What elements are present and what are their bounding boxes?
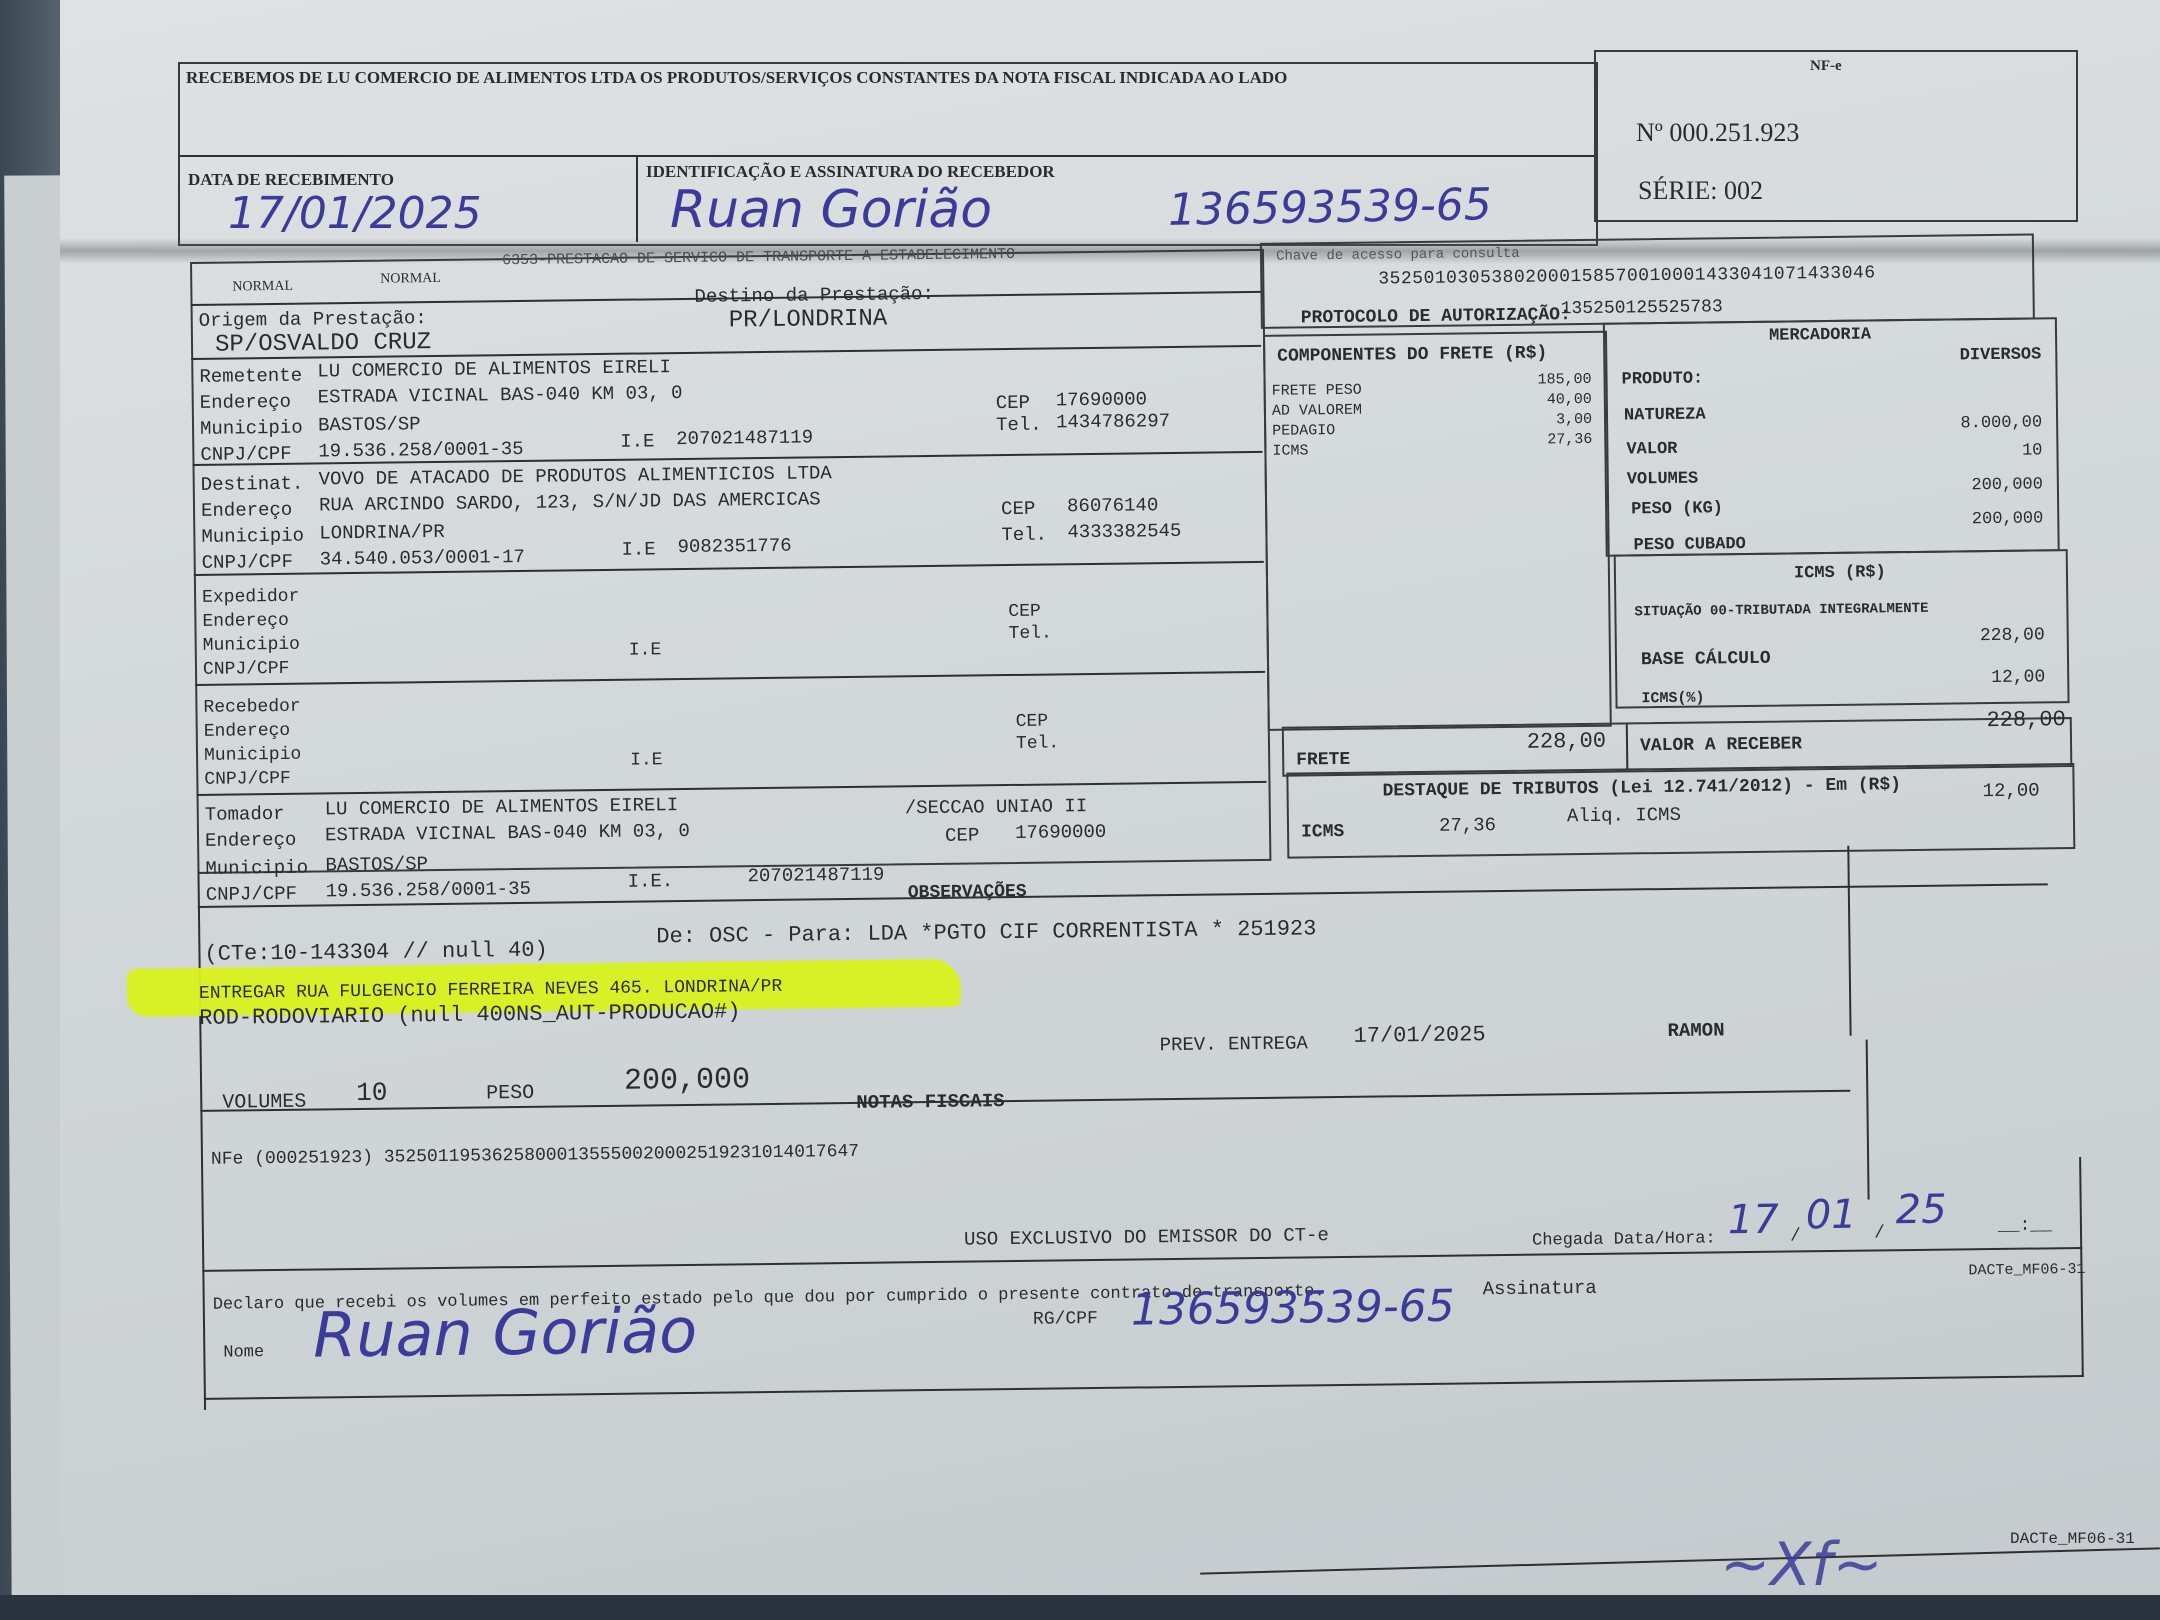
tomador-label: Tomador — [205, 803, 285, 826]
natureza-label: NATUREZA — [1624, 405, 1706, 425]
origem-value: SP/OSVALDO CRUZ — [215, 329, 431, 359]
frete-label: FRETE — [1296, 750, 1350, 771]
tomador-endereco-label: Endereço — [205, 829, 296, 852]
icms-aliq-label: ICMS(%) — [1641, 690, 1704, 708]
componente-label: PEDAGIO — [1272, 422, 1335, 440]
nota-fiscal-item: NFe (000251923) 352501195362580001355500… — [211, 1142, 859, 1170]
expedidor-cnpj-label: CNPJ/CPF — [203, 659, 290, 680]
recebedor-ie-label: I.E — [630, 750, 663, 770]
origem-label: Origem da Prestação: — [199, 307, 427, 332]
tributos-aliq-label: Aliq. ICMS — [1567, 804, 1681, 827]
tipo-cte: NORMAL — [232, 279, 293, 296]
expedidor-cep-label: CEP — [1008, 602, 1041, 622]
recebedor-municipio-label: Municipio — [204, 745, 301, 766]
componente-value: 27,36 — [1492, 431, 1592, 449]
remetente-label: Remetente — [199, 365, 302, 388]
remetente-tel-label: Tel. — [996, 414, 1042, 437]
tomador-cep: 17690000 — [1015, 821, 1106, 844]
destinatario-municipio-label: Municipio — [201, 525, 304, 548]
componente-value: 185,00 — [1491, 371, 1591, 389]
remetente-ie: 207021487119 — [676, 426, 813, 450]
form-code: DACTe_MF06-31 — [1968, 1261, 2085, 1279]
tomador-nome: LU COMERCIO DE ALIMENTOS EIRELI — [325, 794, 679, 820]
obs-line1-left: (CTe:10-143304 // null 40) — [204, 938, 548, 967]
frete-total-value: 228,00 — [1426, 729, 1606, 756]
prev-entrega-value: 17/01/2025 — [1353, 1022, 1485, 1049]
protocolo-label: PROTOCOLO DE AUTORIZAÇÃO: — [1301, 305, 1571, 328]
expedidor-municipio-label: Municipio — [203, 635, 300, 656]
underlying-signature-scribble: ~Xf~ — [1720, 1530, 1883, 1600]
destinatario-tel-label: Tel. — [1001, 524, 1047, 547]
tomador-ie-label: I.E. — [627, 870, 673, 893]
remetente-cep: 17690000 — [1056, 388, 1147, 411]
assinatura-label: Assinatura — [1483, 1277, 1597, 1300]
recebedor-endereco-label: Endereço — [204, 721, 291, 742]
tomador-endereco: ESTRADA VICINAL BAS-040 KM 03, 0 — [325, 820, 690, 846]
tomador-ie: 207021487119 — [747, 864, 884, 888]
destinatario-ie: 9082351776 — [677, 535, 791, 558]
componente-label: FRETE PESO — [1272, 382, 1362, 400]
protocolo-value: 135250125525783 — [1561, 297, 1723, 319]
rgcpf-value[interactable]: 136593539-65 — [1131, 1281, 1455, 1336]
destinatario-block: Destinat. VOVO DE ATACADO DE PRODUTOS AL… — [0, 0, 2157, 2]
destinatario-label: Destinat. — [201, 473, 304, 496]
destinatario-endereco-label: Endereço — [201, 499, 292, 522]
recebedor-label: Recebedor — [203, 697, 300, 718]
chave-label: Chave de acesso para consulta — [1276, 246, 1520, 265]
valor-receber-value: 228,00 — [1886, 707, 2066, 734]
icms-title: ICMS (R$) — [1794, 563, 1886, 583]
expedidor-tel-label: Tel. — [1009, 623, 1052, 644]
componente-label: AD VALOREM — [1272, 402, 1362, 420]
tipo-servico: NORMAL — [380, 271, 441, 288]
recebedor-block: Recebedor Endereço Municipio CNPJ/CPF I.… — [0, 0, 2157, 2]
produto-label: PRODUTO: — [1621, 370, 1703, 390]
observacoes-title: OBSERVAÇÕES — [908, 882, 1027, 903]
volumes-value: 10 — [1862, 441, 2042, 462]
componentes-title: COMPONENTES DO FRETE (R$) — [1277, 343, 1547, 366]
obs-line3: ROD-RODOVIARIO (null 400NS_AUT-PRODUCAO#… — [199, 999, 741, 1031]
remetente-municipio-label: Municipio — [200, 417, 303, 440]
tomador-cep-label: CEP — [945, 824, 979, 846]
expedidor-block: Expedidor Endereço Municipio CNPJ/CPF I.… — [0, 0, 2157, 2]
destinatario-municipio: LONDRINA/PR — [319, 521, 445, 545]
destino-value: PR/LONDRINA — [729, 305, 888, 334]
destinatario-cnpj: 34.540.053/0001-17 — [320, 546, 525, 571]
tomador-municipio: BASTOS/SP — [325, 853, 428, 876]
chegada-ano[interactable]: 25 — [1895, 1187, 1946, 1234]
peso-label: PESO (KG) — [1631, 499, 1723, 519]
destinatario-tel: 4333382545 — [1067, 520, 1181, 543]
base-calculo-value: 228,00 — [1865, 625, 2045, 647]
remetente-block: Remetente LU COMERCIO DE ALIMENTOS EIREL… — [0, 0, 2157, 2]
valor-receber-label: VALOR A RECEBER — [1640, 734, 1802, 756]
mercadoria-title: MERCADORIA — [1769, 325, 1871, 345]
produto-value: DIVERSOS — [1861, 345, 2041, 366]
remetente-endereco: ESTRADA VICINAL BAS-040 KM 03, 0 — [318, 382, 683, 408]
componentes-list: FRETE PESO 185,00 AD VALOREM 40,00 PEDAG… — [0, 0, 2157, 2]
valor-label: VALOR — [1626, 440, 1677, 460]
notas-fiscais-title: NOTAS FISCAIS — [856, 1090, 1004, 1114]
base-calculo-label: BASE CÁLCULO — [1641, 649, 1771, 671]
background-bottom — [0, 1595, 2160, 1620]
tomador-block: Tomador LU COMERCIO DE ALIMENTOS EIRELI … — [0, 0, 2157, 2]
remetente-municipio: BASTOS/SP — [318, 413, 421, 436]
tributos-icms-label: ICMS — [1301, 822, 1344, 843]
peso-cubado-value: 200,000 — [1863, 509, 2043, 530]
componente-value: 3,00 — [1492, 411, 1592, 429]
expedidor-label: Expedidor — [202, 587, 299, 608]
volumes-summary-value: 10 — [356, 1078, 388, 1108]
rgcpf-label: RG/CPF — [1033, 1309, 1098, 1330]
remetente-ie-label: I.E — [620, 430, 654, 452]
remetente-cep-label: CEP — [996, 392, 1030, 414]
recebedor-tel-label: Tel. — [1016, 733, 1059, 754]
recebedor-cnpj-label: CNPJ/CPF — [204, 769, 291, 790]
chegada-hora[interactable]: __:__ — [1998, 1215, 2052, 1236]
tomador-secao: /SECCAO UNIAO II — [905, 795, 1088, 819]
valor-value: 8.000,00 — [1862, 413, 2042, 434]
obs-line1-right: De: OSC - Para: LDA *PGTO CIF CORRENTIST… — [656, 916, 1316, 949]
destinatario-ie-label: I.E — [621, 538, 655, 560]
uso-exclusivo: USO EXCLUSIVO DO EMISSOR DO CT-e — [964, 1224, 1329, 1250]
remetente-cnpj: 19.536.258/0001-35 — [318, 438, 523, 463]
motorista-name: RAMON — [1667, 1019, 1724, 1042]
componente-label: ICMS — [1272, 442, 1308, 459]
form-code-underlying: DACTe_MF06-31 — [2010, 1530, 2135, 1548]
tributos-aliq-value: 12,00 — [1982, 779, 2039, 802]
chegada-label: Chegada Data/Hora: — [1532, 1229, 1716, 1250]
remetente-endereco-label: Endereço — [200, 391, 291, 414]
tomador-cnpj-label: CNPJ/CPF — [206, 883, 297, 906]
chegada-mes[interactable]: 01 — [1806, 1192, 1857, 1239]
recebedor-cep-label: CEP — [1016, 712, 1049, 732]
remetente-nome: LU COMERCIO DE ALIMENTOS EIRELI — [317, 356, 671, 382]
expedidor-endereco-label: Endereço — [202, 611, 289, 632]
icms-aliq-value: 12,00 — [1865, 667, 2045, 689]
nome-signature[interactable]: Ruan Gorião — [313, 1294, 698, 1372]
expedidor-ie-label: I.E — [629, 640, 662, 660]
peso-summary-value: 200,000 — [624, 1063, 750, 1099]
destino-label: Destino da Prestação: — [694, 283, 934, 308]
volumes-label: VOLUMES — [1627, 470, 1699, 490]
peso-value: 200,000 — [1863, 475, 2043, 496]
peso-summary-label: PESO — [486, 1082, 534, 1106]
destinatario-cnpj-label: CNPJ/CPF — [202, 551, 293, 574]
destinatario-cep-label: CEP — [1001, 498, 1035, 520]
tomador-municipio-label: Municipio — [205, 857, 308, 880]
chegada-dia[interactable]: 17 — [1728, 1197, 1779, 1244]
tomador-cnpj: 19.536.258/0001-35 — [326, 878, 531, 903]
componente-value: 40,00 — [1492, 391, 1592, 409]
prev-entrega-label: PREV. ENTREGA — [1160, 1032, 1308, 1056]
dacte-body: NORMAL NORMAL 6353-PRESTACAO DE SERVICO … — [0, 0, 2160, 1620]
destinatario-cep: 86076140 — [1067, 494, 1158, 517]
nome-label: Nome — [223, 1343, 264, 1362]
tributos-icms-value: 27,36 — [1439, 814, 1496, 837]
remetente-tel: 1434786297 — [1056, 410, 1170, 433]
